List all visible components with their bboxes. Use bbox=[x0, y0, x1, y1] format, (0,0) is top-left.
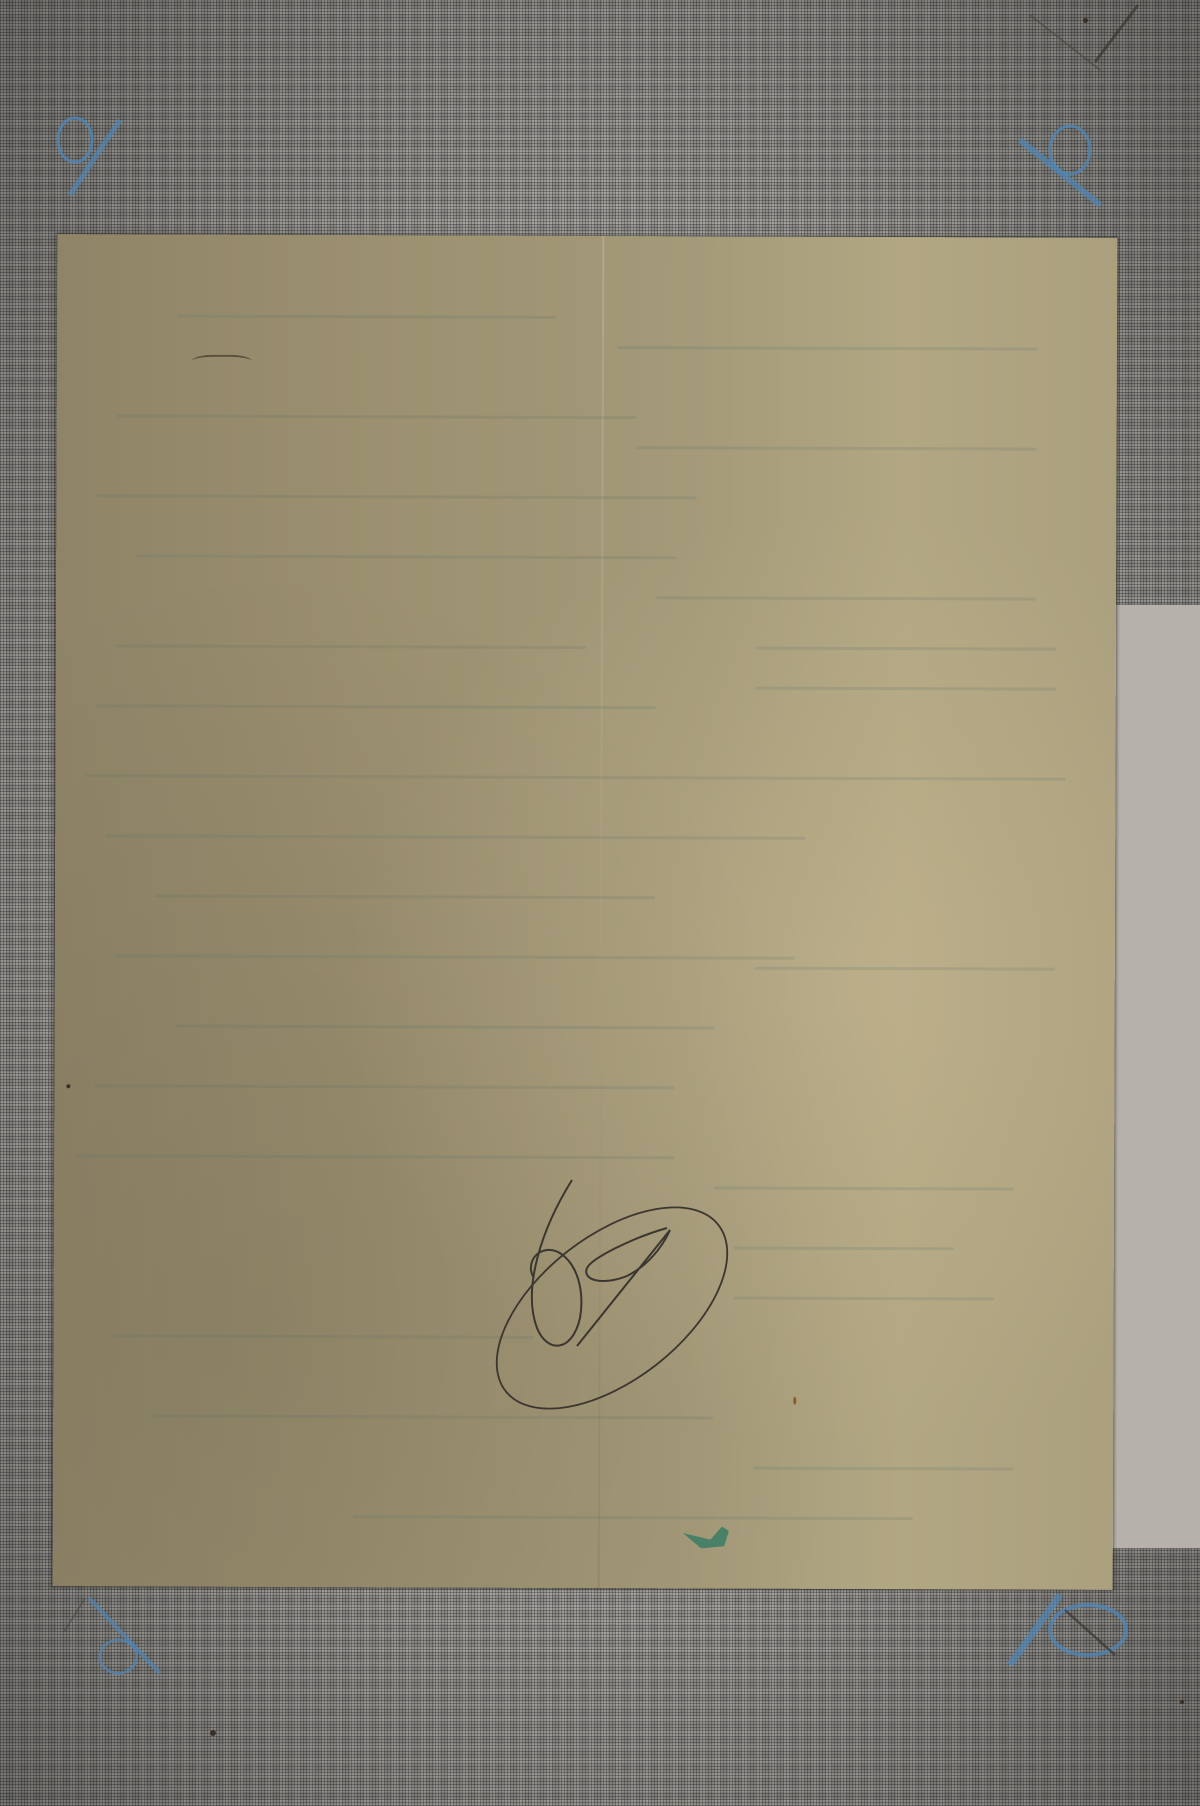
rust-speck bbox=[793, 1397, 796, 1405]
dust-speck bbox=[210, 1730, 216, 1736]
edge-speck bbox=[66, 1084, 70, 1088]
paper-tear-mark bbox=[192, 355, 252, 371]
dust-speck bbox=[1083, 18, 1088, 23]
pencil-mark-top-right-icon bbox=[1020, 0, 1150, 90]
green-ink-mark bbox=[683, 1526, 729, 1548]
dust-speck bbox=[1180, 1700, 1184, 1704]
archival-number-annotation: 69 bbox=[482, 1168, 752, 1418]
corner-mark-bottom-right-icon bbox=[1000, 1590, 1140, 1690]
corner-mark-bottom-left-icon bbox=[60, 1590, 160, 1690]
corner-mark-top-right-icon bbox=[1010, 110, 1110, 210]
annotation-number: 69 bbox=[482, 1168, 484, 1169]
ink-show-through bbox=[57, 234, 1117, 238]
corner-mark-top-left-icon bbox=[40, 100, 140, 200]
